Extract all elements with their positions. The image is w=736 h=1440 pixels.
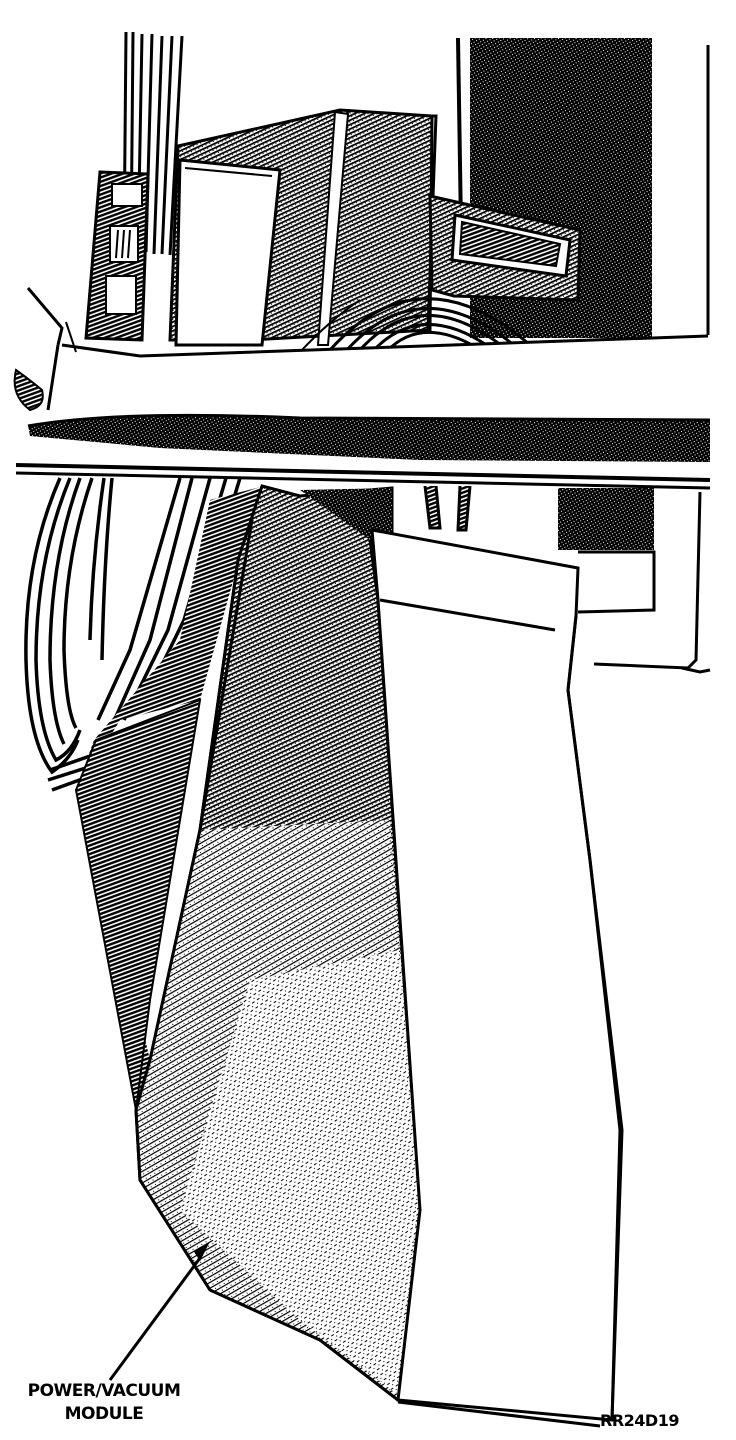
callout-label-line-2: MODULE (4, 1406, 204, 1423)
power-vacuum-module-illustration (0, 0, 736, 1440)
callout-label-line-1: POWER/VACUUM (4, 1383, 204, 1400)
module-upper-housing (170, 110, 436, 345)
callout-power-vacuum-module: POWER/VACUUM MODULE (4, 1383, 204, 1423)
power-vacuum-module (76, 486, 622, 1420)
electrical-connector (86, 172, 148, 340)
lower-rails (16, 465, 710, 488)
figure-id-code: RR24D19 (600, 1413, 679, 1429)
